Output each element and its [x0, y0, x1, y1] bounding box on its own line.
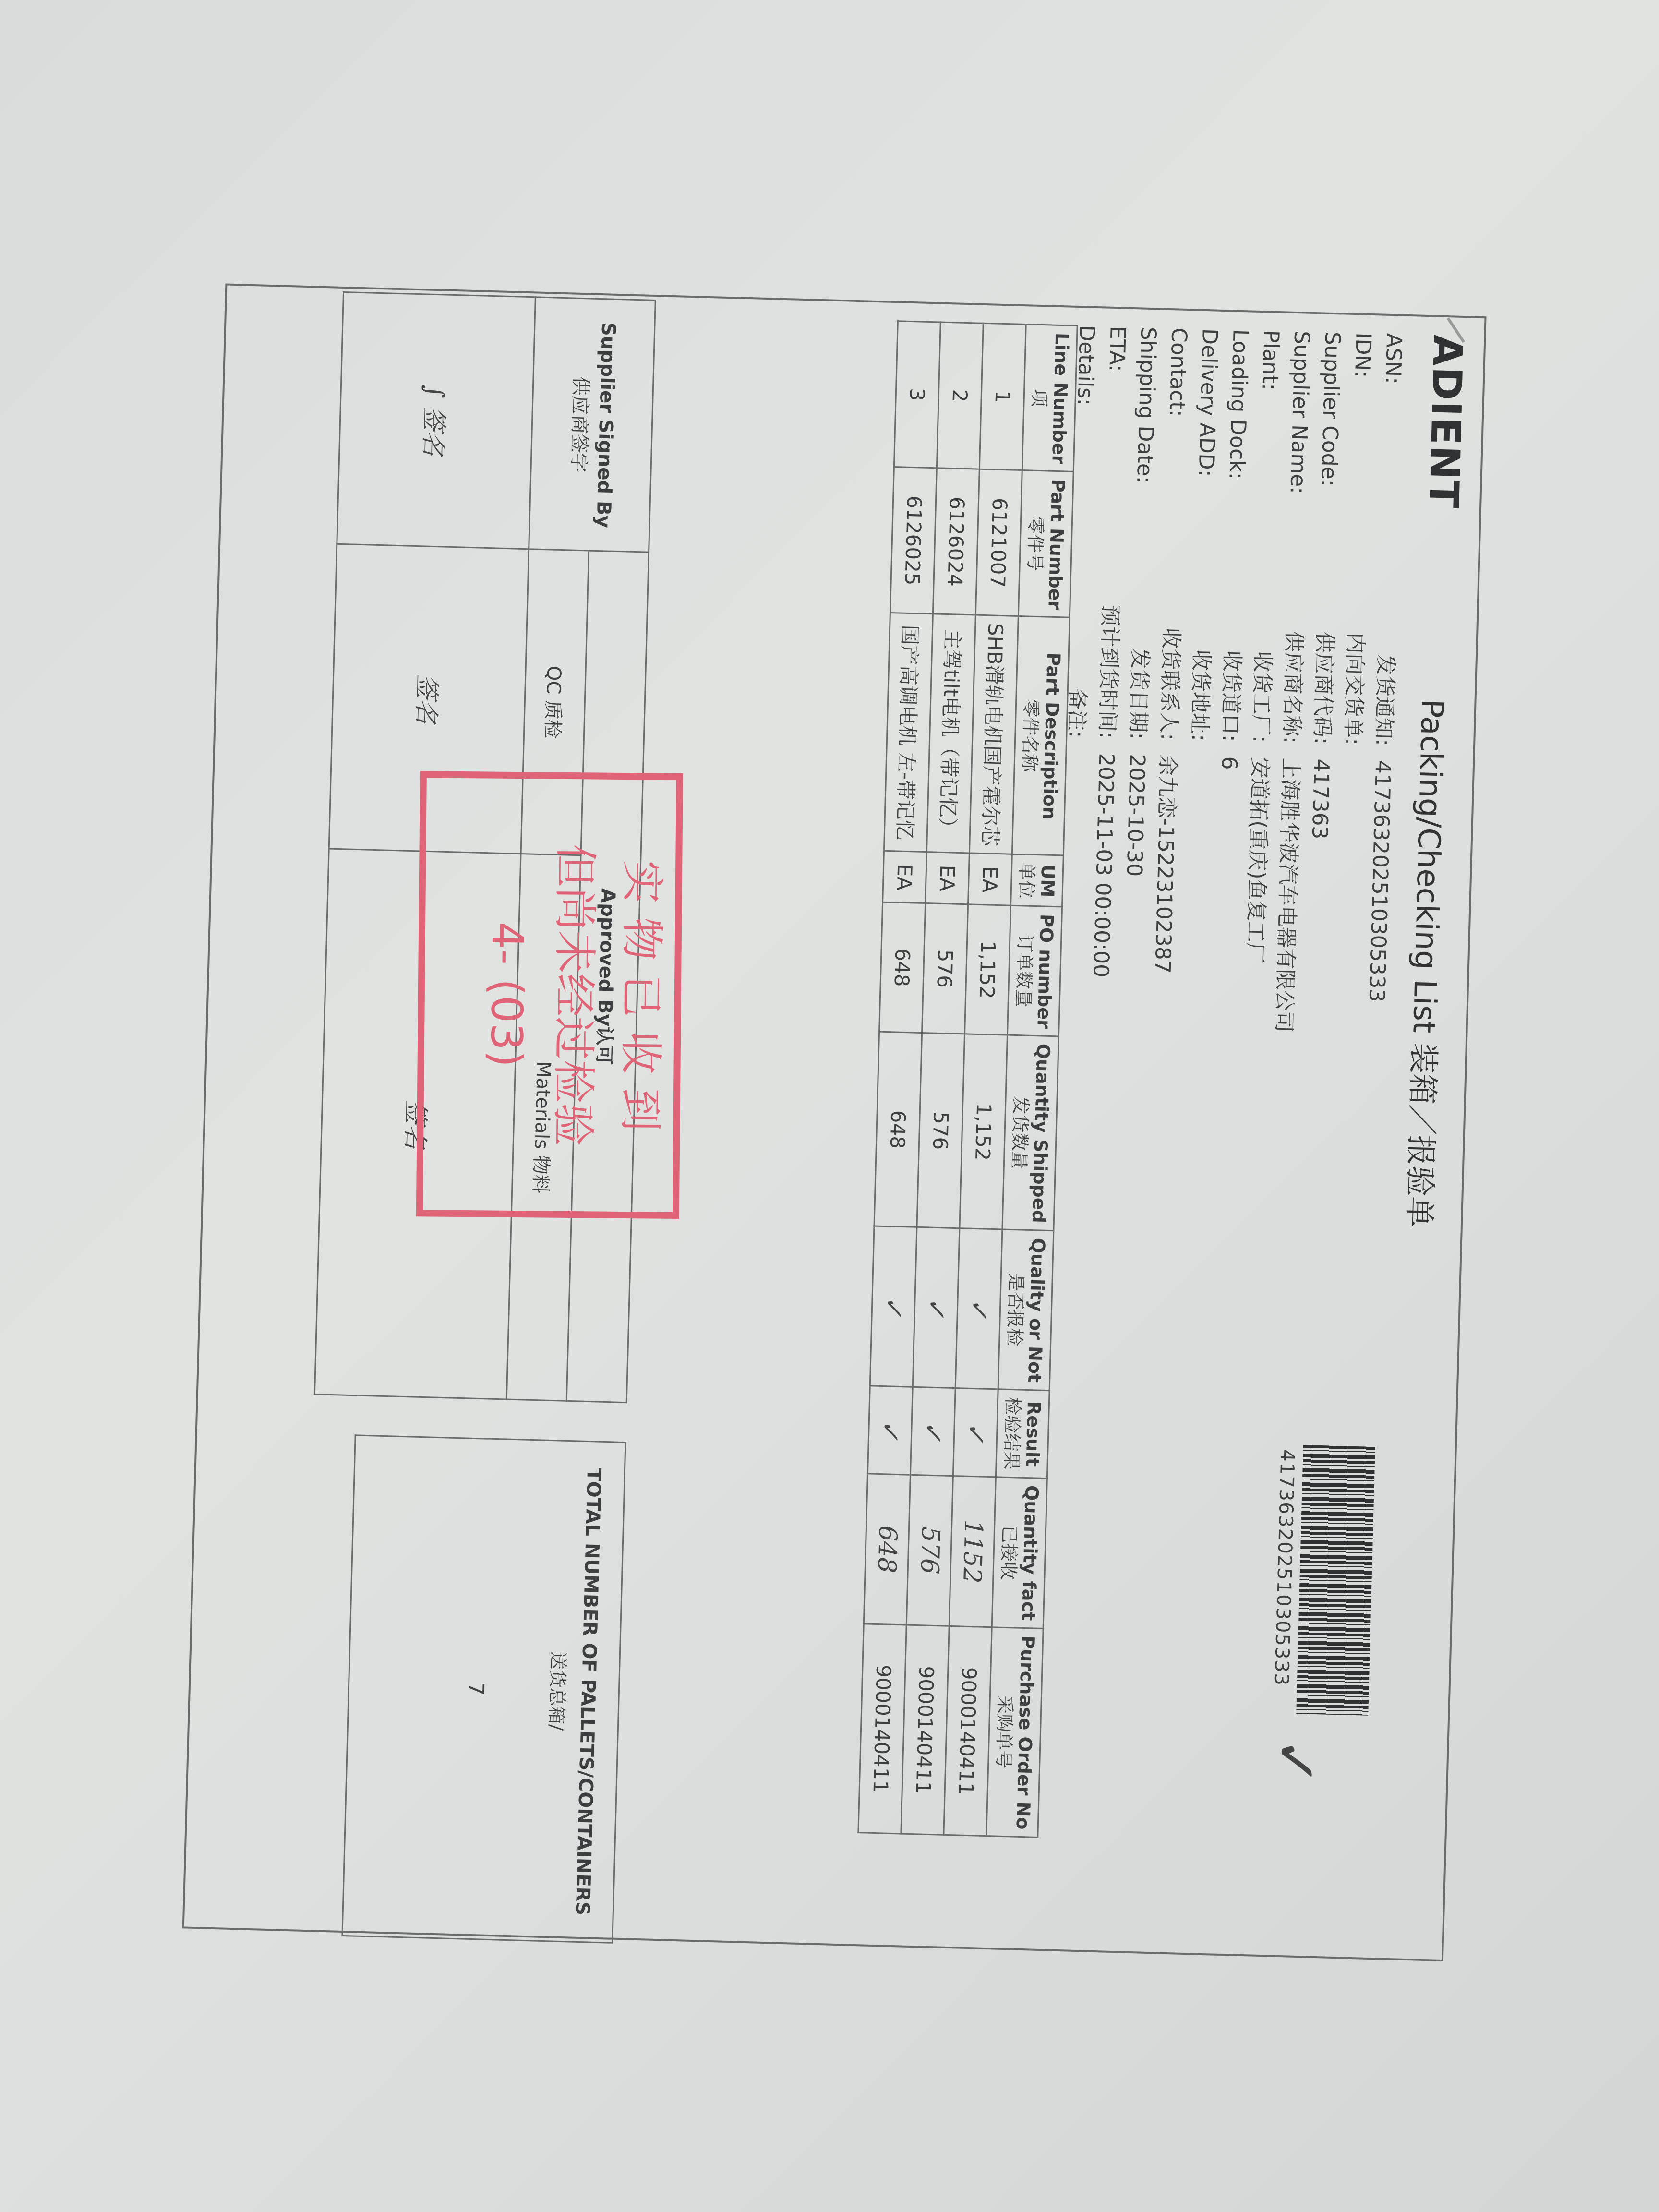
cell-quality: ✓: [870, 1226, 917, 1387]
cell-um: EA: [968, 853, 1012, 905]
field-label: Supplier Code:: [1312, 331, 1347, 524]
cell-shipped: 1,152: [960, 1034, 1008, 1229]
cell-po_qty: 1,152: [965, 904, 1011, 1035]
field-label: ASN:: [1373, 333, 1409, 526]
cell-result: ✓: [867, 1386, 913, 1475]
cell-shipped: 576: [917, 1033, 965, 1228]
checkmark-icon: ✓: [1261, 1737, 1329, 1787]
column-header: Purchase Order No采购单号: [986, 1627, 1043, 1838]
field-label-cn: 发货日期:: [1121, 518, 1158, 755]
cell-um: EA: [883, 851, 927, 903]
cell-result: ✓: [910, 1387, 955, 1476]
cell-quality: ✓: [913, 1227, 960, 1388]
column-header: Quantity fact已接收: [992, 1477, 1047, 1629]
field-label: Shipping Date:: [1128, 326, 1163, 519]
cell-po_qty: 648: [879, 902, 926, 1033]
stamp-line-3: 4- (03): [471, 778, 542, 1211]
column-header: Quality or Not是否报检: [998, 1229, 1054, 1390]
cell-quality: ✓: [955, 1228, 1002, 1389]
cell-desc: 主驾tilt电机（带记忆）: [926, 614, 975, 853]
field-label-cn: 收货地址:: [1183, 520, 1220, 756]
adient-logo: ADIENT: [1420, 334, 1471, 509]
cell-fact: 648: [864, 1474, 910, 1625]
field-label-cn: 收货工厂:: [1244, 522, 1281, 758]
supplier-signature: ∫ 签名: [337, 292, 536, 549]
stamp-line-1: 实 物 已 收 到: [605, 780, 676, 1212]
cell-part: 6126024: [933, 468, 979, 615]
column-header: Line Number项: [1022, 325, 1077, 472]
cell-line: 3: [894, 321, 940, 469]
field-label-cn: 预计到货时间:: [1091, 517, 1128, 754]
cell-po_no: 9000140411: [858, 1624, 906, 1834]
cell-fact: 576: [906, 1475, 953, 1626]
column-header: Part Description零件名称: [1012, 616, 1070, 856]
cell-line: 2: [937, 322, 983, 469]
field-label: IDN:: [1343, 332, 1378, 525]
field-label-cn: 内向交货单:: [1336, 524, 1373, 760]
field-label: Plant:: [1250, 330, 1286, 523]
field-label: ETA:: [1097, 325, 1132, 518]
packing-checking-list: ADIENT Packing/Checking List 装箱／报验单 ASN:…: [144, 129, 1515, 2083]
header-fields: ASN:发货通知:417363202510305333IDN:内向交货单:Sup…: [1050, 325, 1409, 1145]
cell-po_no: 9000140411: [901, 1625, 949, 1835]
supplier-signed-label-cn: 供应商签字: [567, 376, 591, 472]
barcode-icon: [1296, 1445, 1375, 1716]
cell-part: 6126025: [890, 467, 937, 614]
field-label-cn: 收货联系人:: [1152, 519, 1189, 756]
field-label: Supplier Name:: [1281, 330, 1317, 523]
field-label-cn: 收货道口:: [1214, 521, 1250, 757]
column-header: Quantity Shipped发货数量: [1002, 1035, 1059, 1231]
column-header: Result检验结果: [996, 1389, 1049, 1479]
cell-po_qty: 576: [922, 903, 968, 1034]
total-containers-box: TOTAL NUMBER OF PALLETS/CONTAINERS 送货总箱/…: [341, 1434, 626, 1943]
cell-shipped: 648: [874, 1032, 922, 1227]
total-value: 7: [457, 1439, 494, 1939]
cell-fact: 1152: [949, 1476, 996, 1627]
cell-um: EA: [926, 852, 970, 904]
cell-desc: SHB滑轨电机国产霍尔芯: [969, 615, 1018, 854]
cell-po_no: 9000140411: [944, 1626, 992, 1836]
field-label: Loading Dock:: [1220, 329, 1255, 522]
cell-part: 6121007: [975, 469, 1022, 616]
field-label-cn: 供应商名称:: [1275, 522, 1312, 758]
column-header: UM单位: [1011, 854, 1064, 907]
cell-result: ✓: [953, 1388, 998, 1477]
received-stamp: 实 物 已 收 到 但尚未经过检验 4- (03): [416, 771, 683, 1219]
column-header: PO number订单数量: [1007, 906, 1062, 1037]
field-label-cn: 发货通知:: [1367, 525, 1404, 761]
stamp-line-2: 但尚未经过检验: [538, 779, 609, 1211]
field-label: Delivery ADD:: [1189, 328, 1225, 521]
cell-desc: 国产高调电机 左-带记忆: [884, 613, 933, 852]
cell-line: 1: [979, 323, 1026, 470]
field-label-cn: 供应商代码:: [1306, 523, 1343, 759]
column-header: Part Number零件号: [1018, 470, 1073, 617]
supplier-signed-label: Supplier Signed By: [592, 322, 619, 528]
field-label: Contact:: [1158, 327, 1194, 520]
